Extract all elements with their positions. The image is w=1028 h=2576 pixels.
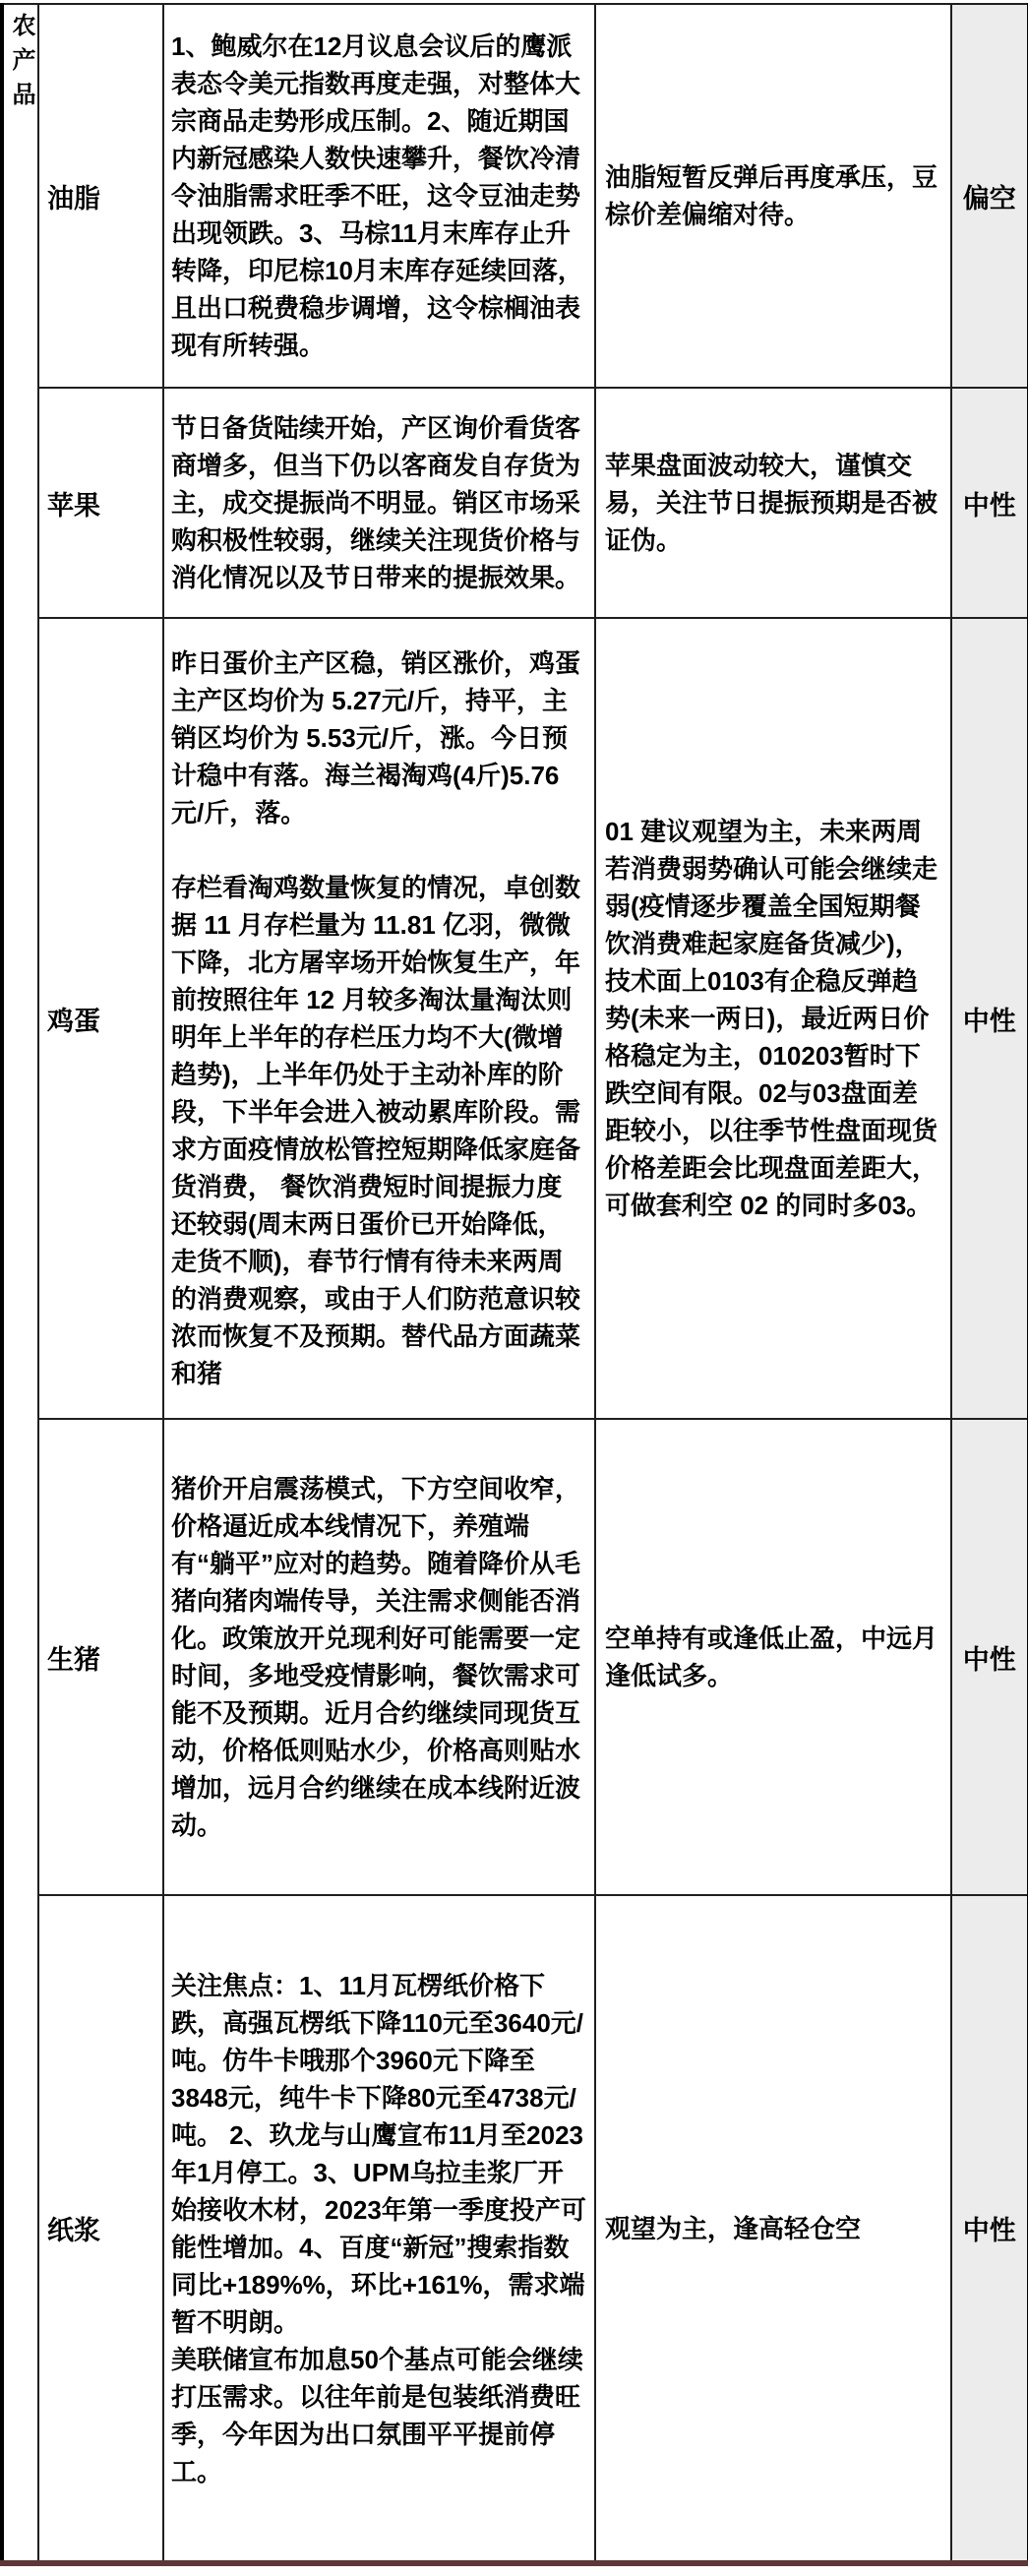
strategy-cell-hogs: 空单持有或逢低止盈，中远月逢低试多。 xyxy=(595,1419,951,1895)
rating-badge-oils: 偏空 xyxy=(951,4,1028,388)
commodity-name-oils: 油脂 xyxy=(38,4,163,388)
commodity-analysis-table: 农产品 油脂 1、鲍威尔在12月议息会议后的鹰派表态令美元指数再度走强，对整体大… xyxy=(0,3,1028,2566)
analysis-paragraph: 存栏看淘鸡数量恢复的情况，卓创数据 11 月存栏量为 11.81 亿羽，微微下降… xyxy=(171,869,586,1392)
analysis-paragraph: 昨日蛋价主产区稳，销区涨价，鸡蛋主产区均价为 5.27元/斤，持平，主销区均价为… xyxy=(171,644,586,831)
analysis-cell-eggs: 昨日蛋价主产区稳，销区涨价，鸡蛋主产区均价为 5.27元/斤，持平，主销区均价为… xyxy=(163,618,595,1419)
group-label-cell: 农产品 xyxy=(2,4,38,2563)
commodity-name-eggs: 鸡蛋 xyxy=(38,618,163,1419)
table-row-eggs: 鸡蛋 昨日蛋价主产区稳，销区涨价，鸡蛋主产区均价为 5.27元/斤，持平，主销区… xyxy=(2,618,1028,1419)
strategy-cell-pulp: 观望为主，逢高轻仓空 xyxy=(595,1895,951,2563)
rating-badge-hogs: 中性 xyxy=(951,1419,1028,1895)
rating-badge-apple: 中性 xyxy=(951,388,1028,618)
analysis-paragraph: 猪价开启震荡模式，下方空间收窄，价格逼近成本线情况下，养殖端有“躺平”应对的趋势… xyxy=(171,1470,586,1844)
commodity-name-pulp: 纸浆 xyxy=(38,1895,163,2563)
group-label: 农产品 xyxy=(6,13,35,116)
analysis-cell-apple: 节日备货陆续开始，产区询价看货客商增多，但当下仍以客商发自存货为主，成交提振尚不… xyxy=(163,388,595,618)
rating-badge-eggs: 中性 xyxy=(951,618,1028,1419)
strategy-cell-eggs: 01 建议观望为主，未来两周若消费弱势确认可能会继续走弱(疫情逐步覆盖全国短期餐… xyxy=(595,618,951,1419)
analysis-cell-oils: 1、鲍威尔在12月议息会议后的鹰派表态令美元指数再度走强，对整体大宗商品走势形成… xyxy=(163,4,595,388)
analysis-cell-pulp: 关注焦点：1、11月瓦楞纸价格下跌，高强瓦楞纸下降110元至3640元/吨。仿牛… xyxy=(163,1895,595,2563)
commodity-name-hogs: 生猪 xyxy=(38,1419,163,1895)
analysis-cell-hogs: 猪价开启震荡模式，下方空间收窄，价格逼近成本线情况下，养殖端有“躺平”应对的趋势… xyxy=(163,1419,595,1895)
table-row-hogs: 生猪 猪价开启震荡模式，下方空间收窄，价格逼近成本线情况下，养殖端有“躺平”应对… xyxy=(2,1419,1028,1895)
commodity-report-sheet: 农产品 油脂 1、鲍威尔在12月议息会议后的鹰派表态令美元指数再度走强，对整体大… xyxy=(0,0,1028,2576)
table-row-pulp: 纸浆 关注焦点：1、11月瓦楞纸价格下跌，高强瓦楞纸下降110元至3640元/吨… xyxy=(2,1895,1028,2563)
analysis-paragraph: 美联储宣布加息50个基点可能会继续打压需求。以往年前是包装纸消费旺季，今年因为出… xyxy=(171,2341,586,2490)
rating-badge-pulp: 中性 xyxy=(951,1895,1028,2563)
table-row-apple: 苹果 节日备货陆续开始，产区询价看货客商增多，但当下仍以客商发自存货为主，成交提… xyxy=(2,388,1028,618)
table-row-oils: 农产品 油脂 1、鲍威尔在12月议息会议后的鹰派表态令美元指数再度走强，对整体大… xyxy=(2,4,1028,388)
analysis-paragraph: 关注焦点：1、11月瓦楞纸价格下跌，高强瓦楞纸下降110元至3640元/吨。仿牛… xyxy=(171,1967,586,2341)
strategy-cell-oils: 油脂短暂反弹后再度承压，豆棕价差偏缩对待。 xyxy=(595,4,951,388)
commodity-name-apple: 苹果 xyxy=(38,388,163,618)
analysis-paragraph: 1、鲍威尔在12月议息会议后的鹰派表态令美元指数再度走强，对整体大宗商品走势形成… xyxy=(171,28,586,364)
analysis-paragraph: 节日备货陆续开始，产区询价看货客商增多，但当下仍以客商发自存货为主，成交提振尚不… xyxy=(171,409,586,596)
strategy-cell-apple: 苹果盘面波动较大，谨慎交易，关注节日提振预期是否被证伪。 xyxy=(595,388,951,618)
